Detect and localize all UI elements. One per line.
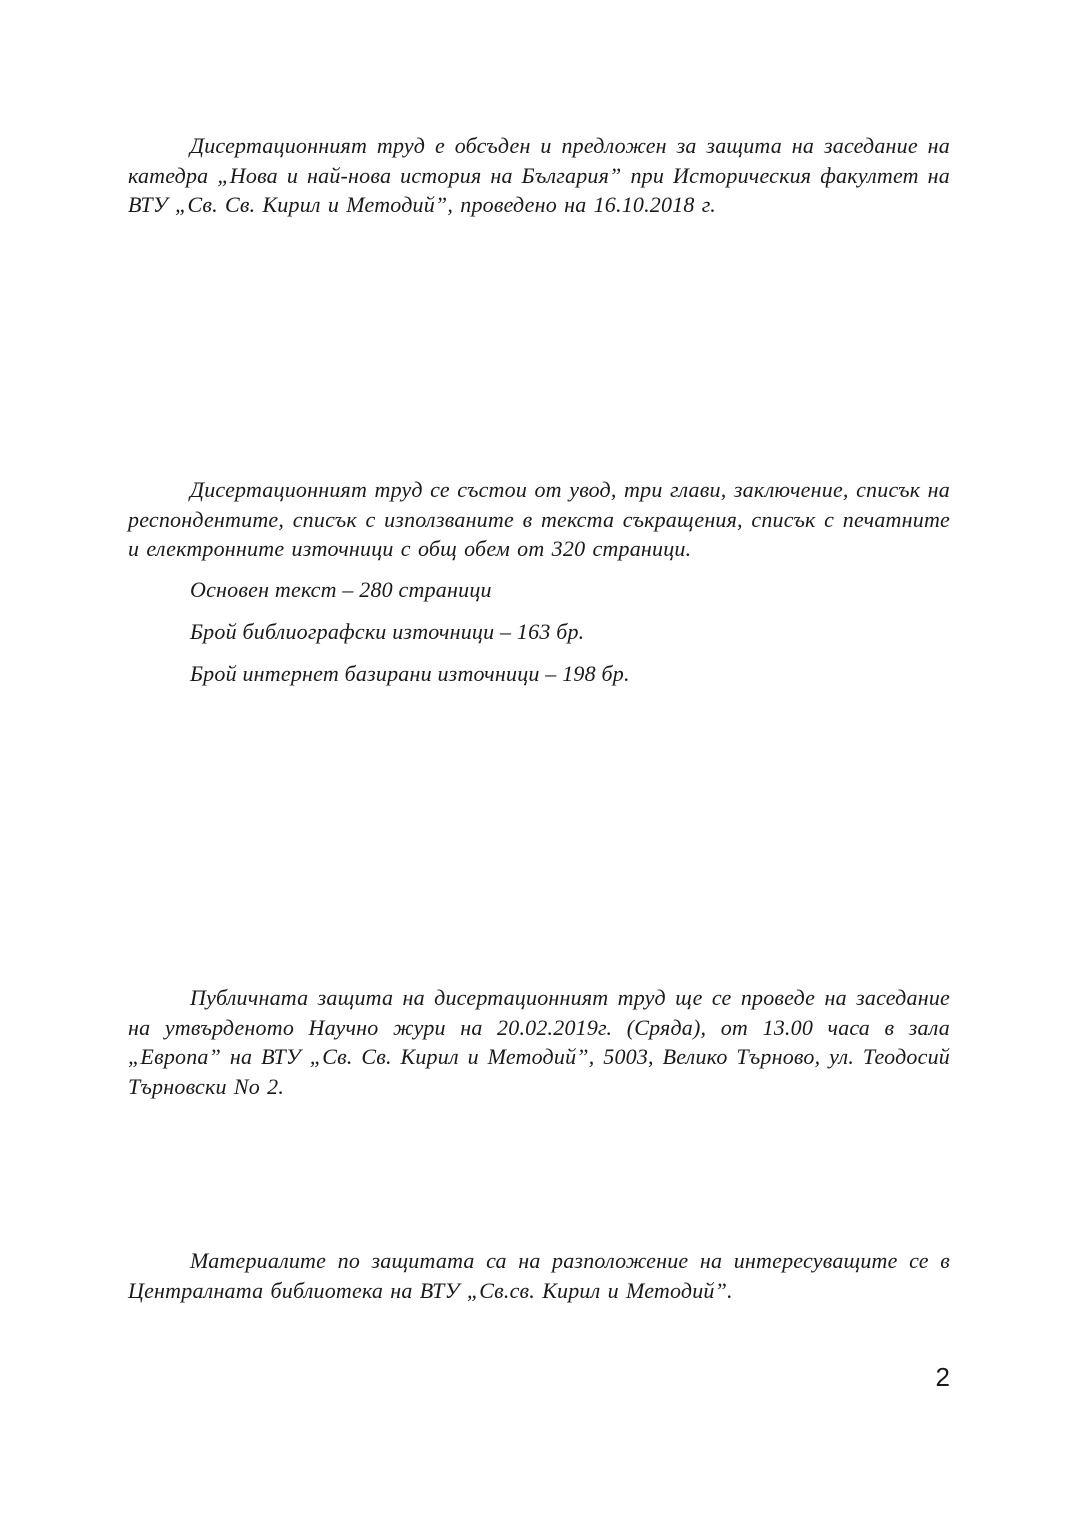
document-page: Дисертационният труд е обсъден и предлож… [0,0,1080,1527]
paragraph-materials-availability: Материалите по защитата са на разположен… [128,1246,950,1305]
paragraph-public-defense-details: Публичната защита на дисертационният тру… [128,983,950,1101]
page-number: 2 [128,1362,950,1392]
paragraph-internet-sources-count: Брой интернет базирани източници – 198 б… [128,659,950,689]
paragraph-defense-session: Дисертационният труд е обсъден и предлож… [128,131,950,220]
paragraph-main-text-pages: Основен текст – 280 страници [128,575,950,605]
paragraph-dissertation-structure: Дисертационният труд се състои от увод, … [128,475,950,564]
paragraph-bibliographic-sources-count: Брой библиографски източници – 163 бр. [128,617,950,647]
